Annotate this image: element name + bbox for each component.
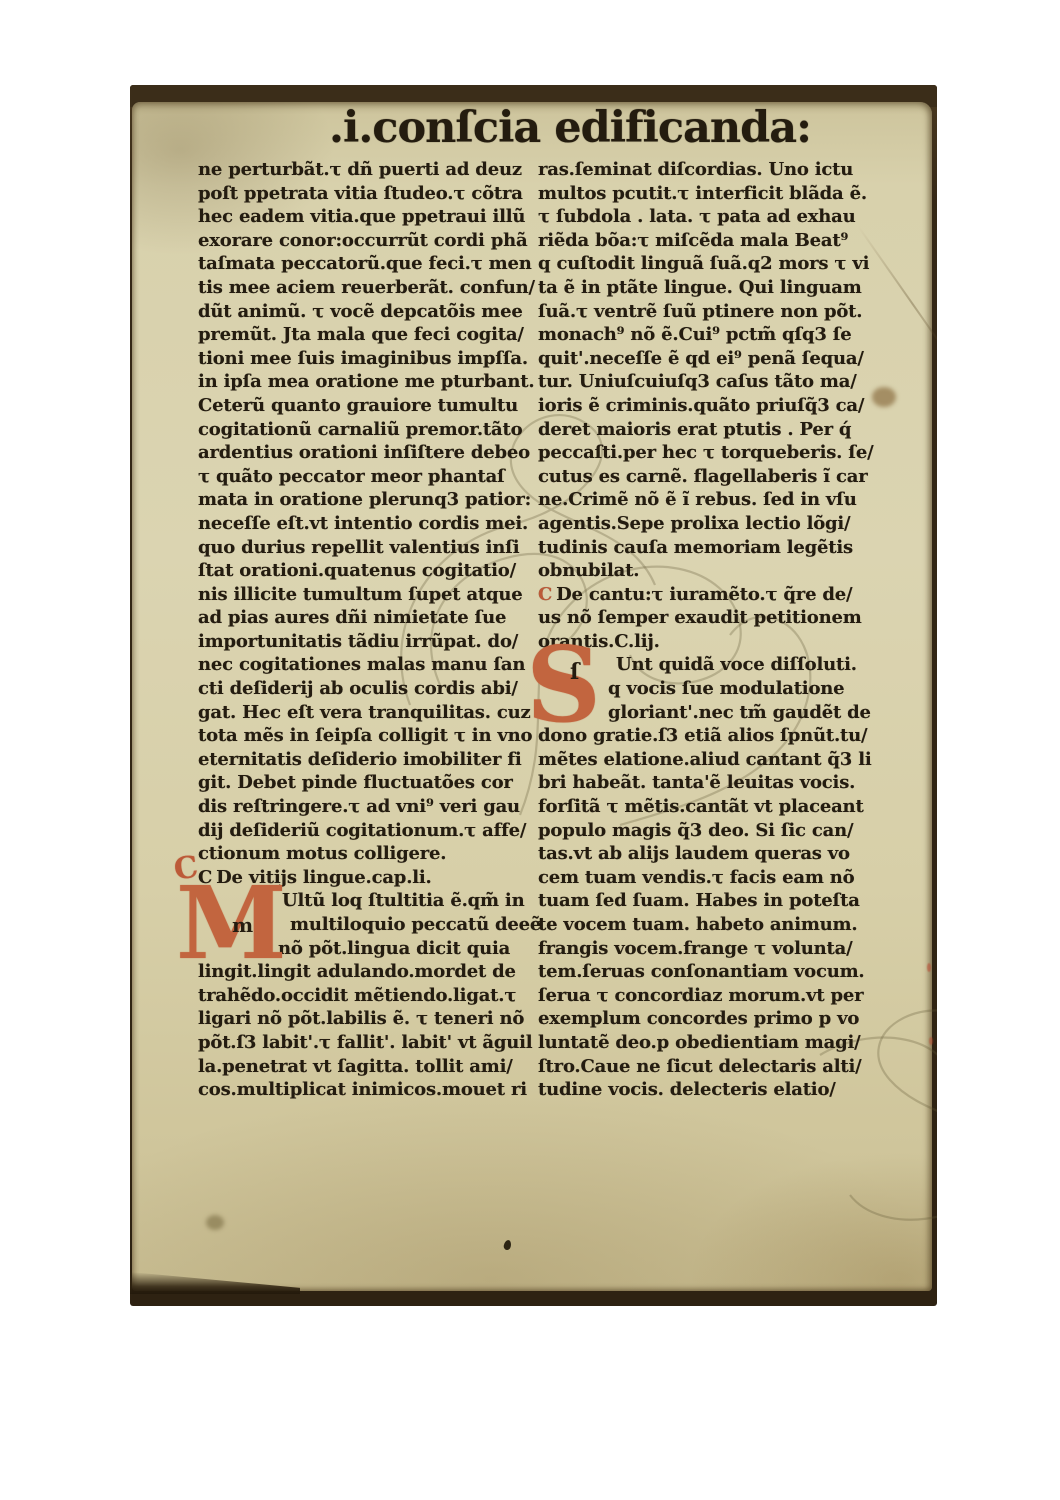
text-line: ne.Crimẽ nõ ẽ ĩ rebus. ſed in vſu	[538, 488, 878, 512]
text-line: quit'.neceſſe ẽ qd ei⁹ penã ſequa/	[538, 347, 878, 371]
text-line: hec eadem vitia.que ppetraui illũ	[198, 205, 536, 229]
text-line: obnubilat.	[538, 559, 878, 583]
text-line: põt.ſ3 labit'.τ fallit'. labit' vt ãguil	[198, 1031, 536, 1055]
text-line: taſmata peccatorũ.que feci.τ men	[198, 252, 536, 276]
text-line: agentis.Sepe prolixa lectio lõgi/	[538, 512, 878, 536]
text-line: trahẽdo.occidit mẽtiendo.ligat.τ	[198, 984, 536, 1008]
text-line: tur. Uniuſcuiuſq3 caſus tãto ma/	[538, 370, 878, 394]
text-line: tas.vt ab alijs laudem queras vo	[538, 842, 878, 866]
text-line: tota mẽs in ſeipſa colligit τ in vno	[198, 724, 536, 748]
stain-spot	[872, 387, 896, 407]
red-fleck	[929, 1037, 933, 1045]
text-line: nec cogitationes malas manu ſan	[198, 653, 536, 677]
text-line: ioris ẽ criminis.quãto priuſq̃3 ca/	[538, 394, 878, 418]
text-line: exemplum concordes primo p vo	[538, 1007, 878, 1031]
guide-letter-m: m	[232, 913, 253, 937]
text-line: riẽda bõa:τ miſcẽda mala Beat⁹	[538, 229, 878, 253]
lombard-initial-s: S	[526, 633, 601, 737]
text-line: Ceterũ quanto grauiore tumultu	[198, 394, 536, 418]
text-line: tem.ſeruas conſonantiam vocum.	[538, 960, 878, 984]
text-line: bri habeãt. tanta'ẽ leuitas vocis.	[538, 771, 878, 795]
text-line: ſuã.τ ventrẽ ſuũ ptinere non põt.	[538, 300, 878, 324]
text-line: eternitatis deſiderio imobiliter fi	[198, 748, 536, 772]
text-line: cutus es carnẽ. flagellaberis ĩ car	[538, 465, 878, 489]
text-line: ſtat orationi.quatenus cogitatio/	[198, 559, 536, 583]
text-line: dis reſtringere.τ ad vni⁹ veri gau	[198, 795, 536, 819]
text-line: deret maioris erat ptutis . Per q́	[538, 418, 878, 442]
text-line: tuam ſed ſuam. Habes in poteſta	[538, 889, 878, 913]
text-line: forſitã τ mẽtis.cantãt vt placeant	[538, 795, 878, 819]
text-line: mata in oratione plerunq3 patior:	[198, 488, 536, 512]
text-line: ad pias aures dñi nimietate ſue	[198, 606, 536, 630]
text-line: ta ẽ in ptãte lingue. Qui linguam	[538, 276, 878, 300]
text-line: dij deſideriũ cogitationum.τ affe/	[198, 819, 536, 843]
text-line: exorare conor:occurrũt cordi phã	[198, 229, 536, 253]
text-line: te vocem tuam. habeto animum.	[538, 913, 878, 937]
guide-letter-s: ſ	[570, 659, 579, 685]
text-line: cem tuam vendis.τ facis eam nõ	[538, 866, 878, 890]
text-line: ſerua τ concordiaz morum.vt per	[538, 984, 878, 1008]
text-line: multos pcutit.τ interficit blãda ẽ.	[538, 182, 878, 206]
text-line: ſtro.Caue ne ſicut delectaris alti/	[538, 1055, 878, 1079]
text-line: tis mee aciem reuerberãt. confun/	[198, 276, 536, 300]
text-line: τ ſubdola . lata. τ pata ad exhau	[538, 205, 878, 229]
text-line: ctionum motus colligere.	[198, 842, 536, 866]
text-line: frangis vocem.frange τ volunta/	[538, 937, 878, 961]
rubric-margin-mark: C	[172, 850, 201, 888]
text-line: ras.ſeminat diſcordias. Uno ictu	[538, 158, 878, 182]
text-line: monach⁹ nõ ẽ.Cui⁹ pctm̃ qſq3 ſe	[538, 323, 878, 347]
paragraph-mark: C	[538, 584, 552, 605]
text-line: tudine vocis. delecteris elatio/	[538, 1078, 878, 1102]
text-line: nis illicite tumultum ſupet atque	[198, 583, 536, 607]
text-line: in ipſa mea oratione me pturbant.	[198, 370, 536, 394]
text-line: importunitatis tãdiu irrũpat. do/	[198, 630, 536, 654]
text-line: CDe cantu:τ iuramẽto.τ q̃re de/	[538, 583, 878, 607]
text-line: gat. Hec eſt vera tranquilitas. cuz	[198, 701, 536, 725]
stain-smudge	[206, 1215, 224, 1230]
text-line: git. Debet pinde fluctuatões cor	[198, 771, 536, 795]
text-line: ardentius orationi inſiſtere debeo	[198, 441, 536, 465]
text-line: quo durius repellit valentius inſi	[198, 536, 536, 560]
text-line: cti deſiderij ab oculis cordis abi/	[198, 677, 536, 701]
text-line: luntatẽ deo.p obedientiam magi/	[538, 1031, 878, 1055]
book-page-photo: .i.conſcia edificanda: ne perturbãt.τ dñ…	[130, 85, 937, 1306]
text-line: la.penetrat vt ſagitta. tollit ami/	[198, 1055, 536, 1079]
text-line: dũt animũ. τ vocẽ depcatõis mee	[198, 300, 536, 324]
text-line: peccaſti.per hec τ torqueberis. ſe/	[538, 441, 878, 465]
text-line: ne perturbãt.τ dñ puerti ad deuz	[198, 158, 536, 182]
text-line: q cuſtodit linguã ſuã.q2 mors τ vi	[538, 252, 878, 276]
text-line: tioni mee ſuis imaginibus impſſa.	[198, 347, 536, 371]
text-line: cos.multiplicat inimicos.mouet ri	[198, 1078, 536, 1102]
text-line: mẽtes elatione.aliud cantant q̃3 li	[538, 748, 878, 772]
text-line: τ quãto peccator meor phantaſ	[198, 465, 536, 489]
text-line: tudinis cauſa memoriam legẽtis	[538, 536, 878, 560]
text-line: poſt ppetrata vitia ſtudeo.τ cõtra	[198, 182, 536, 206]
text-line: neceſſe eſt.vt intentio cordis mei.	[198, 512, 536, 536]
page-title: .i.conſcia edificanda:	[230, 103, 910, 153]
text-line: ligari nõ põt.labilis ẽ. τ teneri nõ	[198, 1007, 536, 1031]
page-canvas: .i.conſcia edificanda: ne perturbãt.τ dñ…	[0, 0, 1060, 1500]
text-line: populo magis q̃3 deo. Si ſic can/	[538, 819, 878, 843]
red-fleck	[927, 963, 931, 972]
text-line: premũt. Jta mala que feci cogita/	[198, 323, 536, 347]
text-line: cogitationũ carnaliũ premor.tãto	[198, 418, 536, 442]
